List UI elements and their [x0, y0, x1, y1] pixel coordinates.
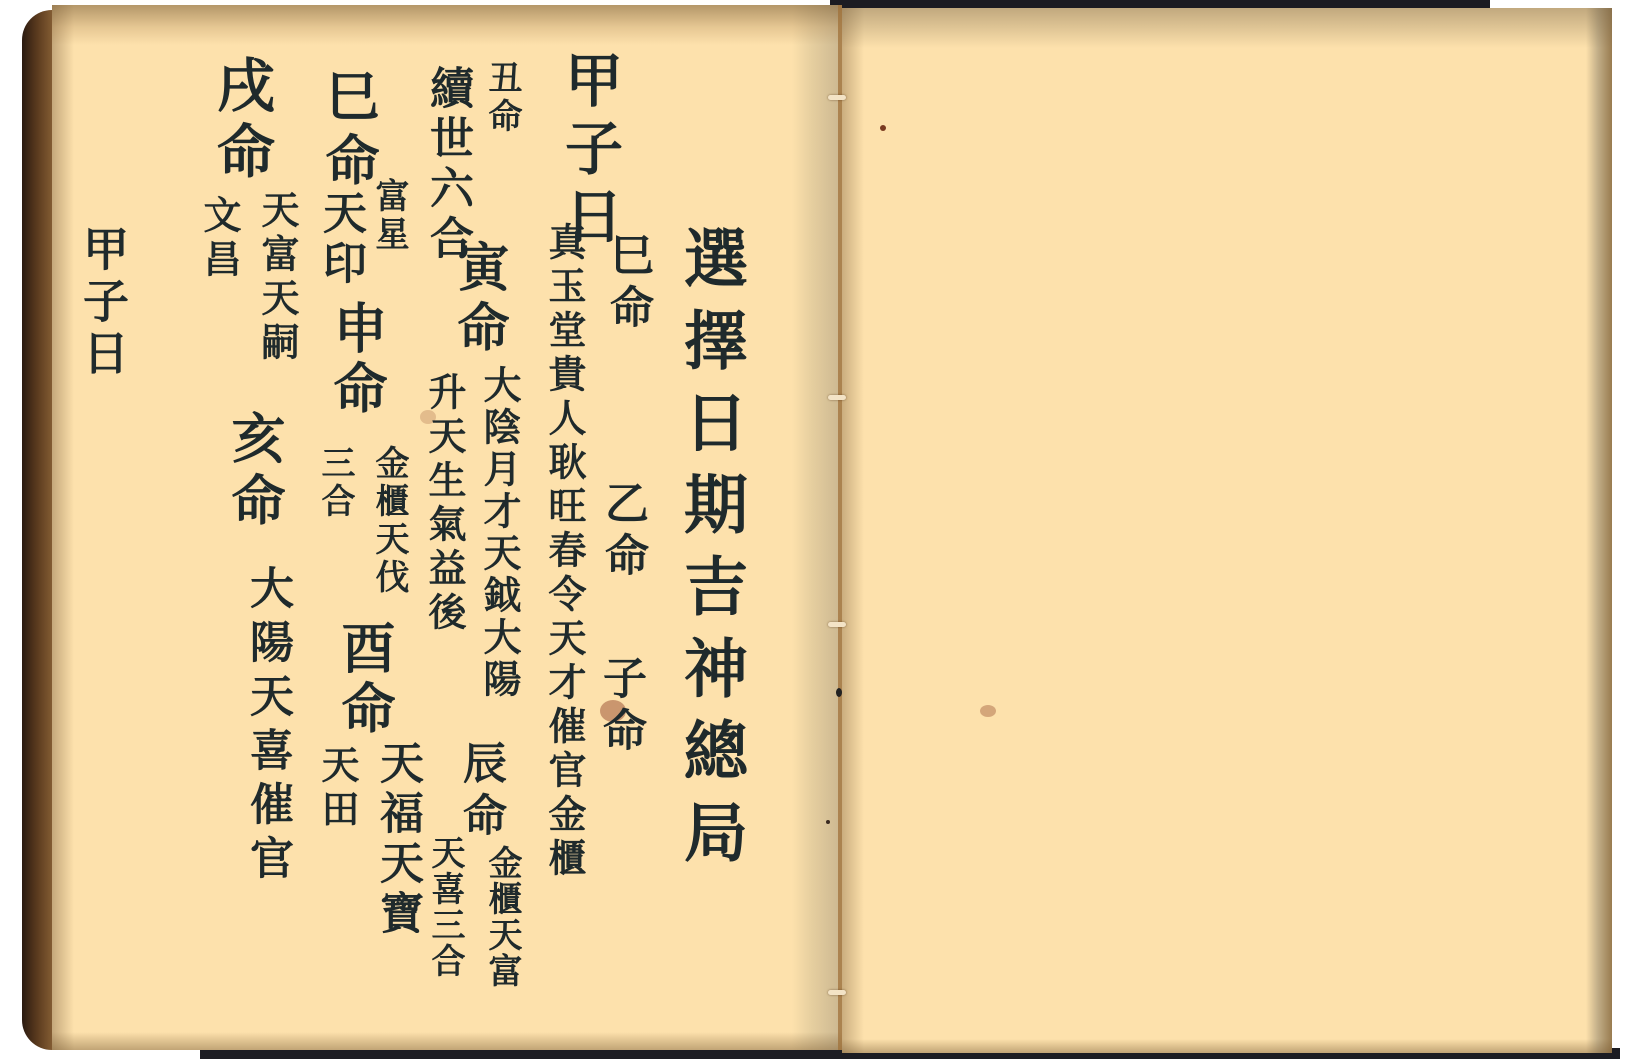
binding-stitch	[828, 395, 846, 400]
ink-speck	[826, 820, 830, 824]
shen-ming-label: 申命	[330, 300, 384, 420]
hai-ming-label: 亥命	[228, 410, 282, 534]
chou-ming-label: 丑命	[485, 60, 519, 136]
si-ming-label: 巳命	[605, 232, 649, 336]
right-page-blank	[842, 8, 1612, 1053]
yin-ming-detail-b: 升天生氣益後	[425, 372, 463, 636]
hai-ming-detail: 大陽天喜催官	[245, 565, 289, 889]
you-ming-detail-a: 天福天寶	[375, 740, 419, 940]
binding-stitch	[828, 95, 846, 100]
scan-background-top	[830, 0, 1490, 8]
zi-ming-label: 子命	[598, 655, 642, 759]
page-title: 選擇日期吉神總局	[678, 225, 742, 881]
paper-stain	[980, 705, 996, 717]
ink-speck	[836, 688, 842, 697]
chen-ming-detail-a: 金櫃天富	[485, 845, 519, 989]
xu-ming-detail-b: 文昌	[200, 195, 238, 283]
you-ming-label: 酉命	[338, 620, 392, 740]
yin-ming-label: 寅命	[452, 240, 504, 360]
open-book: 選擇日期吉神總局 甲子日 巳命 真玉堂貴人耿旺春令天才催官金櫃 乙命 子命 丑命…	[0, 0, 1638, 1059]
yin-ming-detail-a: 大陰月才天鉞大陽	[480, 365, 518, 701]
binding-stitch	[828, 990, 846, 995]
si-ming-2-detail-b: 天印	[318, 190, 362, 290]
book-spine	[838, 5, 842, 1050]
shen-ming-detail-a: 金櫃天伐	[372, 445, 406, 597]
shen-ming-detail-b: 三合	[318, 445, 352, 521]
you-ming-detail-b: 天田	[318, 745, 356, 833]
si-ming-detail: 真玉堂貴人耿旺春令天才催官金櫃	[545, 222, 583, 882]
ink-speck	[880, 125, 886, 131]
si-ming-2-detail-a: 富星	[372, 178, 406, 254]
chen-ming-label: 辰命	[458, 740, 502, 844]
chou-ming-detail: 續世六合	[425, 65, 469, 265]
xu-ming-detail-a: 天富天嗣	[258, 190, 296, 366]
binding-stitch	[828, 622, 846, 627]
si-ming-2-label: 巳命	[322, 68, 376, 196]
xu-ming-label: 戌命	[212, 55, 270, 187]
margin-label: 甲子日	[80, 225, 126, 381]
chen-ming-detail-b: 天喜三合	[428, 835, 462, 979]
yi-ming-label: 乙命	[600, 480, 644, 584]
